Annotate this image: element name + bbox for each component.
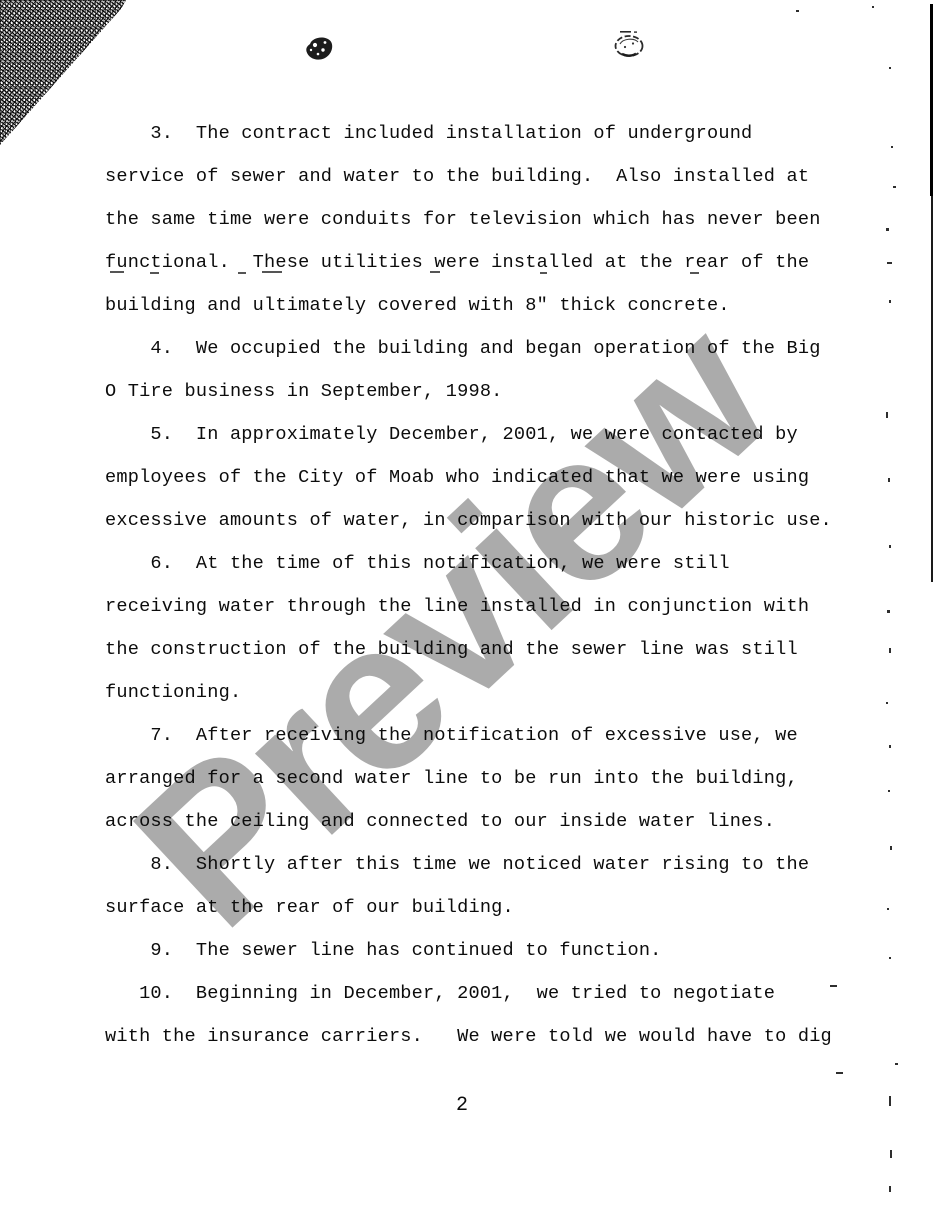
scan-speck — [889, 648, 891, 653]
text-line: receiving water through the line install… — [105, 585, 832, 628]
text-line: 10. Beginning in December, 2001, we trie… — [105, 972, 832, 1015]
scan-speck — [887, 908, 889, 910]
text-line: employees of the City of Moab who indica… — [105, 456, 832, 499]
text-line: arranged for a second water line to be r… — [105, 757, 832, 800]
scan-edge-line-thick — [930, 4, 933, 196]
scan-speck — [890, 1150, 892, 1158]
scan-speck — [887, 262, 892, 264]
scan-speck — [886, 228, 889, 231]
ink-smudge-right-icon — [610, 29, 650, 66]
scan-speck — [890, 846, 892, 850]
scan-speck — [891, 146, 893, 148]
scan-speck — [886, 702, 888, 704]
text-line: across the ceiling and connected to our … — [105, 800, 832, 843]
scan-speck — [888, 478, 890, 482]
scan-speck — [889, 67, 891, 69]
text-line: 4. We occupied the building and began op… — [105, 327, 832, 370]
scan-speck — [110, 271, 124, 273]
scan-speck — [872, 6, 874, 8]
scan-speck — [889, 957, 891, 959]
text-line: 6. At the time of this notification, we … — [105, 542, 832, 585]
text-line: 3. The contract included installation of… — [105, 112, 832, 155]
scan-speck — [888, 790, 890, 792]
text-line: O Tire business in September, 1998. — [105, 370, 832, 413]
scan-speck — [889, 1186, 891, 1192]
text-line: excessive amounts of water, in compariso… — [105, 499, 832, 542]
scan-speck — [830, 985, 837, 987]
text-line: 9. The sewer line has continued to funct… — [105, 929, 832, 972]
text-line: functioning. — [105, 671, 832, 714]
scan-speck — [895, 1063, 898, 1065]
scan-speck — [150, 272, 159, 274]
text-line: the same time were conduits for televisi… — [105, 198, 832, 241]
scan-speck — [893, 186, 896, 188]
scan-speck — [889, 1096, 891, 1106]
scan-speck — [796, 10, 799, 12]
text-line: with the insurance carriers. We were tol… — [105, 1015, 832, 1058]
scan-speck — [886, 412, 888, 418]
document-page: Preview 3. The contract included install… — [0, 0, 936, 1214]
text-line: service of sewer and water to the buildi… — [105, 155, 832, 198]
page-number: 2 — [0, 1094, 924, 1117]
text-line: the construction of the building and the… — [105, 628, 832, 671]
text-line: 7. After receiving the notification of e… — [105, 714, 832, 757]
text-line: 8. Shortly after this time we noticed wa… — [105, 843, 832, 886]
scan-speck — [238, 272, 246, 274]
text-line: surface at the rear of our building. — [105, 886, 832, 929]
scan-speck — [889, 745, 891, 748]
ink-smudge-left-icon — [303, 33, 337, 68]
scan-speck — [262, 271, 282, 273]
scan-speck — [889, 545, 891, 548]
text-line: building and ultimately covered with 8" … — [105, 284, 832, 327]
scan-edge-line-thin — [931, 196, 933, 582]
scan-speck — [836, 1072, 843, 1074]
affidavit-body: 3. The contract included installation of… — [105, 112, 832, 1058]
scan-speck — [690, 272, 699, 274]
text-line: functional. These utilities were install… — [105, 241, 832, 284]
scan-speck — [887, 610, 890, 613]
scan-speck — [430, 271, 440, 273]
scan-speck — [889, 300, 891, 303]
text-line: 5. In approximately December, 2001, we w… — [105, 413, 832, 456]
scan-speck — [540, 272, 547, 274]
